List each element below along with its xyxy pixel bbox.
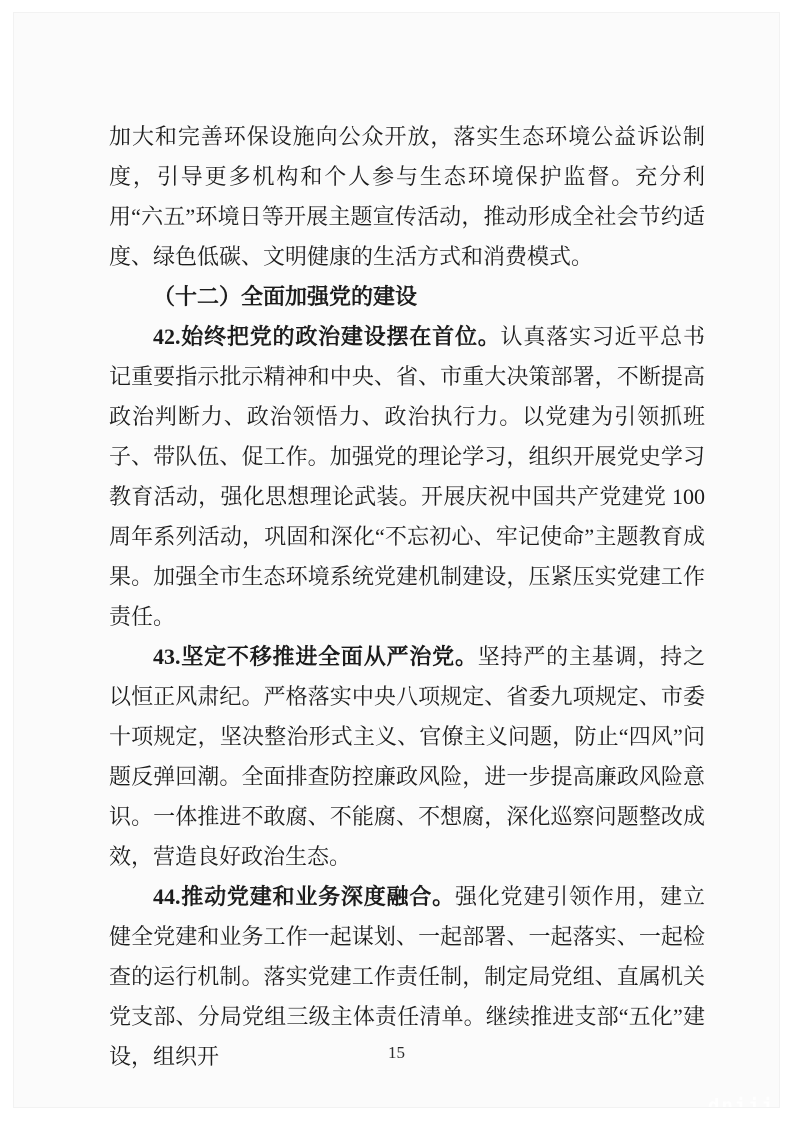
paragraph-42: 42.始终把党的政治建设摆在首位。认真落实习近平总书记重要指示批示精神和中央、省… [109,317,705,637]
paragraph-43: 43.坚定不移推进全面从严治党。坚持严的主基调，持之以恒正风肃纪。严格落实中央八… [109,637,705,877]
watermark: dniii.co [708,1095,780,1108]
document-body: 加大和完善环保设施向公众开放，落实生态环境公益诉讼制度，引导更多机构和个人参与生… [109,117,705,1077]
paragraph-42-lead: 42.始终把党的政治建设摆在首位。 [153,324,501,349]
page-number: 15 [14,1043,779,1063]
paragraph-44-text: 强化党建引领作用，建立健全党建和业务工作一起谋划、一起部署、一起落实、一起检查的… [109,884,705,1069]
paragraph-continuation: 加大和完善环保设施向公众开放，落实生态环境公益诉讼制度，引导更多机构和个人参与生… [109,117,705,277]
section-heading: （十二）全面加强党的建设 [109,277,705,317]
page-sheet: 加大和完善环保设施向公众开放，落实生态环境公益诉讼制度，引导更多机构和个人参与生… [13,12,780,1108]
paragraph-43-text: 坚持严的主基调，持之以恒正风肃纪。严格落实中央八项规定、省委九项规定、市委十项规… [109,644,705,869]
paragraph-44-lead: 44.推动党建和业务深度融合。 [153,884,455,909]
paragraph-43-lead: 43.坚定不移推进全面从严治党。 [153,644,478,669]
paragraph-42-text: 认真落实习近平总书记重要指示批示精神和中央、省、市重大决策部署，不断提高政治判断… [109,324,705,629]
